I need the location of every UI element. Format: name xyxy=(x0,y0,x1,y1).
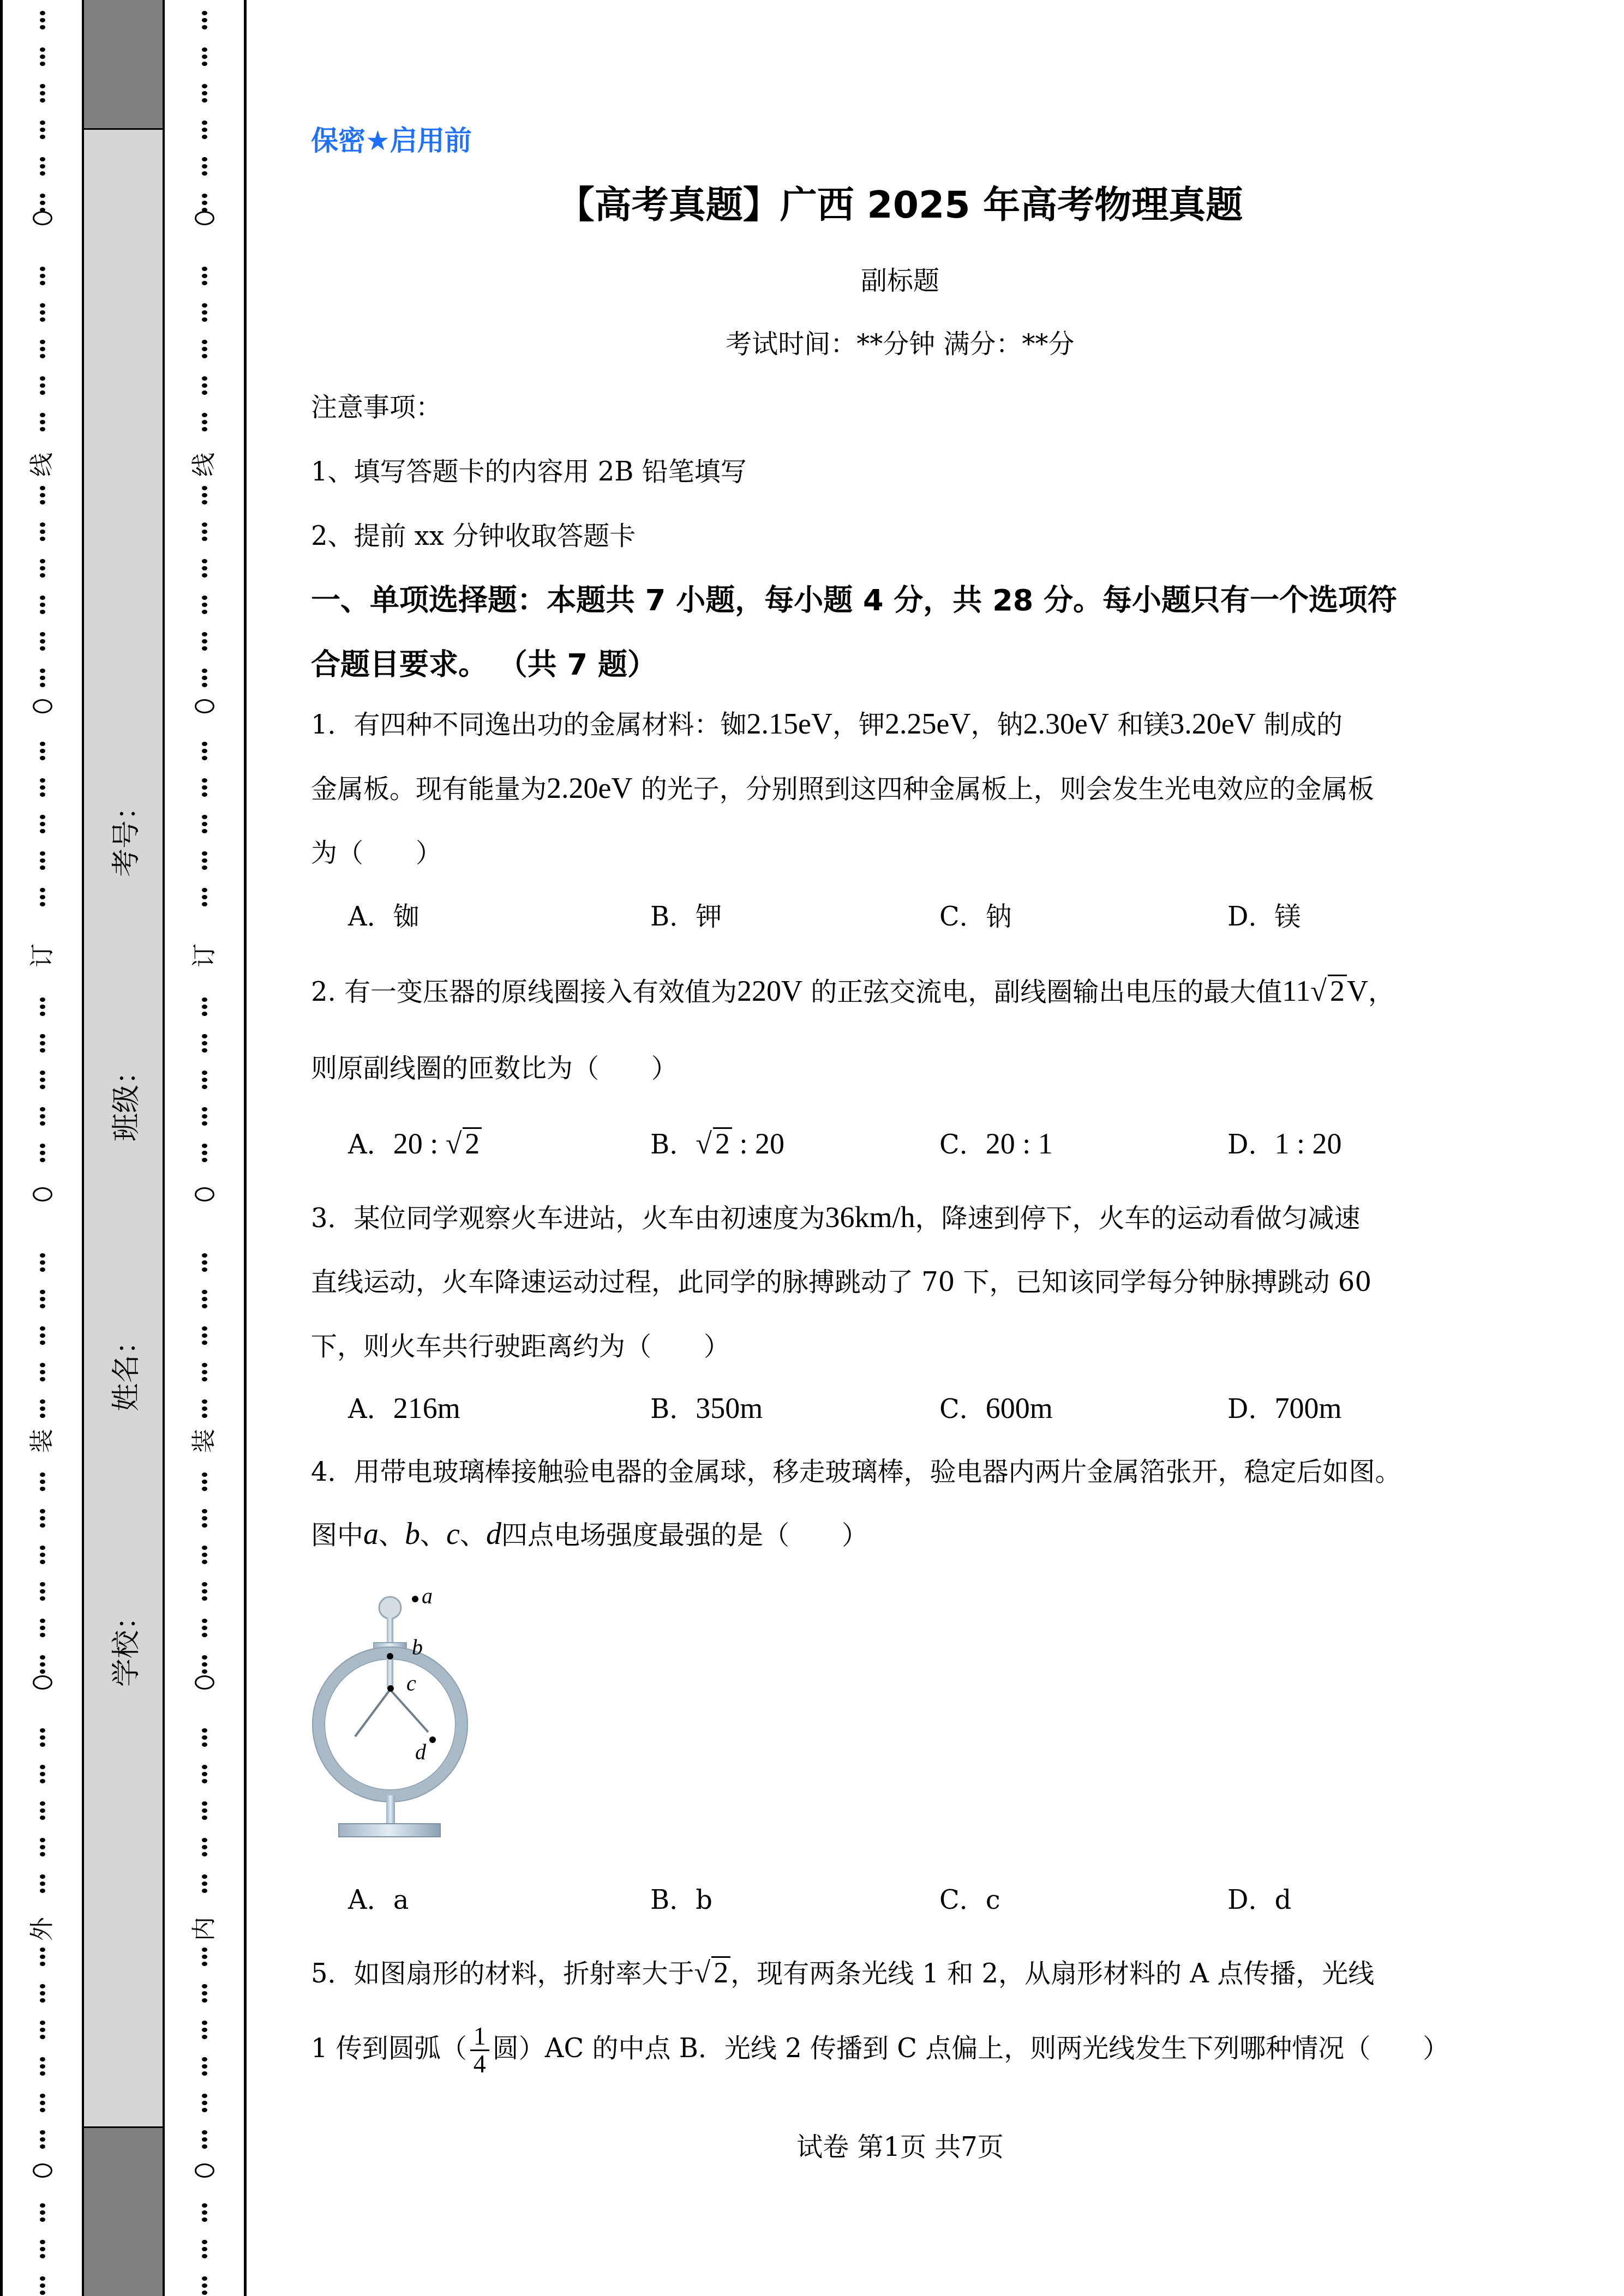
dotted-cut-line xyxy=(202,742,207,763)
dotted-cut-line xyxy=(202,1765,207,1786)
option-value: 铷 xyxy=(393,901,420,932)
field-label-school: 学校： xyxy=(103,1602,144,1687)
dotted-cut-line xyxy=(202,1619,207,1640)
note-item: 1、填写答题卡的内容用 2B 铅笔填写 xyxy=(311,450,747,488)
option-value: 1 : 20 xyxy=(1275,1127,1342,1160)
binding-hole-icon xyxy=(195,2163,214,2178)
dotted-cut-line xyxy=(202,1984,207,2005)
field-label-name: 姓名： xyxy=(103,1326,144,1411)
text: 图中 xyxy=(311,1520,363,1550)
binding-hole-icon xyxy=(33,2163,52,2178)
option-value: 600m xyxy=(986,1392,1053,1425)
dotted-cut-line xyxy=(202,486,207,507)
note-item: 2、提前 xx 分钟收取答题卡 xyxy=(311,515,636,552)
option-value: 216m xyxy=(393,1392,460,1425)
electroscope-figure: a b c d xyxy=(307,1582,482,1854)
page-footer: 试卷 第1页 共7页 xyxy=(311,2126,1489,2163)
text: 和镁 xyxy=(1109,710,1170,740)
dotted-cut-line xyxy=(40,2057,45,2078)
text: 制成的 xyxy=(1256,710,1343,740)
dotted-cut-line xyxy=(40,1034,45,1055)
point-c: c xyxy=(446,1517,460,1551)
option-label: B． xyxy=(650,1129,696,1160)
dotted-cut-line xyxy=(40,340,45,361)
margin-char-ding: 订 xyxy=(31,943,55,967)
option-label: D． xyxy=(1227,901,1275,932)
dotted-cut-line xyxy=(40,486,45,507)
text: ，钠 xyxy=(971,710,1023,740)
dotted-cut-line xyxy=(202,1253,207,1275)
dotted-cut-line xyxy=(40,121,45,142)
question-3-line: 3．某位同学观察火车进站，火车由初速度为36km/h，降速到停下，火车的运动看做… xyxy=(311,1197,1361,1235)
dotted-cut-line xyxy=(202,303,207,324)
binding-margin-outer: 线 订 装 外 xyxy=(0,0,82,2296)
option-value: c xyxy=(986,1885,1000,1915)
dotted-cut-line xyxy=(202,1728,207,1750)
option-label: A． xyxy=(348,1885,393,1915)
margin-dark-block-top xyxy=(84,0,163,130)
q1-option-b[interactable]: B．钾 xyxy=(650,895,722,933)
option-label: D． xyxy=(1227,1885,1275,1915)
question-4-line: 4．用带电玻璃棒接触验电器的金属球，移走玻璃棒，验电器内两片金属箔张开，稳定后如… xyxy=(311,1451,1401,1488)
exam-info: 考试时间：**分钟 满分：**分 xyxy=(311,323,1489,360)
option-label: A． xyxy=(348,1129,393,1160)
question-3-line: 直线运动，火车降速运动过程，此同学的脉搏跳动了 70 下，已知该同学每分钟脉搏跳… xyxy=(311,1261,1371,1299)
margin-char-zhuang: 装 xyxy=(193,1429,217,1453)
binding-hole-icon xyxy=(33,699,52,713)
dotted-cut-line xyxy=(202,2203,207,2225)
dotted-cut-line xyxy=(40,742,45,763)
value-voltage: 220V xyxy=(737,975,802,1007)
option-label: C． xyxy=(939,1129,986,1160)
q3-option-c[interactable]: C．600m xyxy=(939,1388,1053,1426)
dotted-cut-line xyxy=(202,632,207,653)
dotted-cut-line xyxy=(40,888,45,909)
dotted-cut-line xyxy=(40,267,45,288)
dotted-cut-line xyxy=(202,997,207,1019)
label-d: d xyxy=(415,1740,427,1764)
field-label-class: 班级： xyxy=(103,1056,144,1141)
value-k: 2.25eV xyxy=(885,707,970,740)
dotted-cut-line xyxy=(40,596,45,617)
dotted-cut-line xyxy=(40,2276,45,2296)
option-value: 700m xyxy=(1275,1392,1342,1425)
section-heading: 一、单项选择题：本题共 7 小题，每小题 4 分，共 28 分。每小题只有一个选… xyxy=(311,577,1397,619)
dotted-cut-line xyxy=(202,2057,207,2078)
binding-hole-icon xyxy=(195,1675,214,1690)
binding-hole-icon xyxy=(195,1187,214,1201)
text: 、 xyxy=(460,1520,486,1550)
text: 1 传到圆弧（ xyxy=(311,2033,467,2064)
binding-hole-icon xyxy=(33,1675,52,1690)
margin-char-ding: 订 xyxy=(193,943,217,967)
dotted-cut-line xyxy=(40,815,45,836)
point-d: d xyxy=(486,1517,501,1551)
dotted-cut-line xyxy=(40,1838,45,1859)
question-3-line: 下，则火车共行驶距离约为（ ） xyxy=(311,1325,730,1363)
dotted-cut-line xyxy=(40,1144,45,1165)
dotted-cut-line xyxy=(202,1290,207,1311)
section-heading-cont: 合题目要求。 （共 7 题） xyxy=(311,641,657,683)
dotted-cut-line xyxy=(40,1801,45,1823)
dotted-cut-line xyxy=(40,2203,45,2225)
margin-char-wai: 外 xyxy=(31,1917,55,1941)
dotted-cut-line xyxy=(40,2094,45,2115)
label-c: c xyxy=(406,1671,416,1696)
question-2-line: 2. 有一变压器的原线圈接入有效值为220V 的正弦交流电，副线圈输出电压的最大… xyxy=(311,971,1394,1008)
option-value: 钾 xyxy=(696,901,722,932)
dotted-cut-line xyxy=(202,1546,207,1567)
dotted-cut-line xyxy=(202,1582,207,1603)
dotted-cut-line xyxy=(40,376,45,398)
dotted-cut-line xyxy=(40,2240,45,2261)
dotted-cut-line xyxy=(40,84,45,105)
text: 的光子，分别照到这四种金属板上，则会发生光电效应的金属板 xyxy=(632,774,1374,804)
dotted-cut-line xyxy=(202,1034,207,1055)
dotted-cut-line xyxy=(202,1509,207,1530)
dotted-cut-line xyxy=(40,1472,45,1494)
dotted-cut-line xyxy=(202,11,207,32)
binding-margin-inner: 线 订 装 内 xyxy=(165,0,247,2296)
dotted-cut-line xyxy=(202,340,207,361)
dotted-cut-line xyxy=(40,1728,45,1750)
dotted-cut-line xyxy=(40,997,45,1019)
option-label: D． xyxy=(1227,1394,1275,1425)
question-4-line: 图中a、b、c、d四点电场强度最强的是（ ） xyxy=(311,1514,868,1552)
dotted-cut-line xyxy=(202,1399,207,1421)
dotted-cut-line xyxy=(40,522,45,544)
question-1-line: 为（ ） xyxy=(311,832,442,869)
dotted-cut-line xyxy=(40,1655,45,1676)
value-photon: 2.20eV xyxy=(547,772,632,804)
dotted-cut-line xyxy=(202,2240,207,2261)
dotted-cut-line xyxy=(202,1326,207,1348)
margin-dark-block-bottom xyxy=(84,2126,163,2296)
label-a: a xyxy=(422,1584,433,1608)
value-mg: 3.20eV xyxy=(1170,707,1255,740)
q4-option-c[interactable]: C．c xyxy=(939,1879,1000,1916)
value-na: 2.30eV xyxy=(1023,707,1109,740)
dotted-cut-line xyxy=(202,413,207,434)
unit: V xyxy=(1347,975,1368,1007)
dotted-cut-line xyxy=(202,851,207,873)
text: ，现有两条光线 1 和 2，从扇形材料的 A 点传播，光线 xyxy=(730,1958,1374,1989)
q3-option-a[interactable]: A．216m xyxy=(348,1388,460,1426)
text: 的正弦交流电，副线圈输出电压的最大值 xyxy=(802,977,1282,1007)
dotted-cut-line xyxy=(40,11,45,32)
exam-title: 【高考真题】广西 2025 年高考物理真题 xyxy=(311,176,1489,229)
dotted-cut-line xyxy=(202,559,207,580)
value-coef: 11 xyxy=(1282,975,1310,1007)
dotted-cut-line xyxy=(40,1948,45,1969)
q2-option-d[interactable]: D．1 : 20 xyxy=(1227,1123,1342,1161)
dotted-cut-line xyxy=(40,1290,45,1311)
sqrt-radicand: 2 xyxy=(711,1956,730,1987)
option-value: 20 : xyxy=(393,1127,446,1160)
option-label: A． xyxy=(348,901,393,932)
dotted-cut-line xyxy=(202,84,207,105)
text: 1．有四种不同逸出功的金属材料：铷 xyxy=(311,710,747,740)
dotted-cut-line xyxy=(202,1363,207,1384)
dotted-cut-line xyxy=(40,1071,45,1092)
margin-char-nei: 内 xyxy=(193,1917,217,1941)
label-b: b xyxy=(412,1635,423,1660)
dotted-cut-line xyxy=(40,1399,45,1421)
dotted-cut-line xyxy=(202,522,207,544)
question-1-line: 1．有四种不同逸出功的金属材料：铷2.15eV，钾2.25eV，钠2.30eV … xyxy=(311,704,1343,741)
question-5-line: 5．如图扇形的材料，折射率大于√2，现有两条光线 1 和 2，从扇形材料的 A … xyxy=(311,1952,1374,1990)
q4-option-d[interactable]: D．d xyxy=(1227,1879,1291,1916)
dotted-cut-line xyxy=(202,1948,207,1969)
dotted-cut-line xyxy=(202,2021,207,2042)
option-label: C． xyxy=(939,901,986,932)
option-value: a xyxy=(393,1885,409,1915)
dotted-cut-line xyxy=(202,1071,207,1092)
dotted-cut-line xyxy=(202,47,207,69)
option-value: : 20 xyxy=(732,1127,784,1160)
exam-subtitle: 副标题 xyxy=(311,260,1489,297)
option-label: B． xyxy=(650,1885,696,1915)
margin-char-xian: 线 xyxy=(193,453,217,477)
dotted-cut-line xyxy=(202,2130,207,2151)
numerator: 1 xyxy=(470,2023,489,2051)
option-label: C． xyxy=(939,1885,986,1915)
dotted-cut-line xyxy=(40,559,45,580)
dotted-cut-line xyxy=(40,413,45,434)
option-value: 钠 xyxy=(986,901,1012,932)
dotted-cut-line xyxy=(202,669,207,690)
dotted-cut-line xyxy=(202,267,207,288)
q2-option-c[interactable]: C．20 : 1 xyxy=(939,1123,1053,1161)
text: 、 xyxy=(420,1520,446,1550)
dotted-cut-line xyxy=(202,1655,207,1676)
dotted-cut-line xyxy=(202,596,207,617)
dotted-cut-line xyxy=(40,1582,45,1603)
question-2-line: 则原副线圈的匝数比为（ ） xyxy=(311,1047,678,1085)
option-label: D． xyxy=(1227,1129,1275,1160)
dotted-cut-line xyxy=(202,778,207,800)
dotted-cut-line xyxy=(40,1363,45,1384)
q4-option-a[interactable]: A．a xyxy=(348,1879,409,1916)
option-label: C． xyxy=(939,1394,986,1425)
dotted-cut-line xyxy=(202,1144,207,1165)
dotted-cut-line xyxy=(40,1253,45,1275)
dotted-cut-line xyxy=(202,2276,207,2296)
q1-option-a[interactable]: A．铷 xyxy=(348,895,420,933)
dotted-cut-line xyxy=(40,47,45,69)
dotted-cut-line xyxy=(202,815,207,836)
dotted-cut-line xyxy=(40,1984,45,2005)
option-value: 350m xyxy=(696,1392,763,1425)
option-value: 镁 xyxy=(1275,901,1301,932)
option-value: 20 : 1 xyxy=(986,1127,1053,1160)
value-speed: 36km/h xyxy=(825,1201,915,1234)
dotted-cut-line xyxy=(202,1472,207,1494)
dotted-cut-line xyxy=(40,157,45,178)
dotted-cut-line xyxy=(40,1107,45,1128)
q1-option-d[interactable]: D．镁 xyxy=(1227,895,1301,933)
dotted-cut-line xyxy=(202,1838,207,1859)
text: 圆）AC 的中点 B．光线 2 传播到 C 点偏上，则两光线发生下列哪种情况（ … xyxy=(493,2033,1449,2064)
q3-option-b[interactable]: B．350m xyxy=(650,1388,763,1426)
dotted-cut-line xyxy=(40,669,45,690)
dotted-cut-line xyxy=(202,888,207,909)
binding-hole-icon xyxy=(33,211,52,225)
option-label: B． xyxy=(650,901,696,932)
text: 3．某位同学观察火车进站，火车由初速度为 xyxy=(311,1203,825,1234)
dotted-cut-line xyxy=(40,1509,45,1530)
sqrt-radicand: 2 xyxy=(713,1127,732,1158)
dotted-cut-line xyxy=(202,1801,207,1823)
text: 5．如图扇形的材料，折射率大于 xyxy=(311,1958,694,1989)
dotted-cut-line xyxy=(202,121,207,142)
dotted-cut-line xyxy=(40,1874,45,1896)
sqrt-radicand: 2 xyxy=(463,1127,482,1158)
q3-option-d[interactable]: D．700m xyxy=(1227,1388,1342,1426)
question-5-line: 1 传到圆弧（14圆）AC 的中点 B．光线 2 传播到 C 点偏上，则两光线发… xyxy=(311,2023,1449,2078)
text: 四点电场强度最强的是（ ） xyxy=(501,1520,868,1550)
dotted-cut-line xyxy=(202,2094,207,2115)
option-label: B． xyxy=(650,1394,696,1425)
binding-hole-icon xyxy=(195,211,214,225)
point-a: a xyxy=(363,1517,379,1551)
student-info-strip: 考号： 班级： 姓名： 学校： xyxy=(82,0,165,2296)
text: ， xyxy=(1368,977,1394,1007)
text: 、 xyxy=(379,1520,405,1550)
q2-option-a[interactable]: A．20 : √2 xyxy=(348,1123,482,1161)
field-label-exam-number: 考号： xyxy=(103,792,144,877)
value-rb: 2.15eV xyxy=(747,707,832,740)
q2-option-b[interactable]: B．√2 : 20 xyxy=(650,1123,784,1161)
denominator: 4 xyxy=(474,2051,486,2077)
dotted-cut-line xyxy=(40,632,45,653)
binding-hole-icon xyxy=(195,699,214,713)
binding-hole-icon xyxy=(33,1187,52,1201)
dotted-cut-line xyxy=(40,1765,45,1786)
option-value: d xyxy=(1275,1885,1292,1915)
sqrt-radicand: 2 xyxy=(1328,975,1347,1006)
dotted-cut-line xyxy=(40,1619,45,1640)
fraction-one-quarter: 14 xyxy=(470,2023,489,2078)
option-label: A． xyxy=(348,1394,393,1425)
text: 2. 有一变压器的原线圈接入有效值为 xyxy=(311,977,737,1007)
dotted-cut-line xyxy=(40,778,45,800)
dotted-cut-line xyxy=(40,303,45,324)
electroscope-icon: a b c d xyxy=(307,1582,482,1854)
option-value: b xyxy=(696,1885,712,1915)
notes-heading: 注意事项： xyxy=(311,386,442,424)
margin-char-xian: 线 xyxy=(31,453,55,477)
dotted-cut-line xyxy=(202,1107,207,1128)
margin-char-zhuang: 装 xyxy=(31,1429,55,1453)
dotted-cut-line xyxy=(40,2130,45,2151)
text: ，降速到停下，火车的运动看做匀减速 xyxy=(915,1203,1361,1234)
dotted-cut-line xyxy=(40,1326,45,1348)
confidential-label: 保密★启用前 xyxy=(311,119,472,158)
dotted-cut-line xyxy=(40,1546,45,1567)
text: 金属板。现有能量为 xyxy=(311,774,547,804)
q1-option-c[interactable]: C．钠 xyxy=(939,895,1012,933)
text: ，钾 xyxy=(832,710,885,740)
dotted-cut-line xyxy=(202,157,207,178)
dotted-cut-line xyxy=(202,376,207,398)
dotted-cut-line xyxy=(202,1874,207,1896)
q4-option-b[interactable]: B．b xyxy=(650,1879,712,1916)
dotted-cut-line xyxy=(40,851,45,873)
question-1-line: 金属板。现有能量为2.20eV 的光子，分别照到这四种金属板上，则会发生光电效应… xyxy=(311,768,1374,806)
dotted-cut-line xyxy=(40,2021,45,2042)
point-b: b xyxy=(405,1517,420,1551)
